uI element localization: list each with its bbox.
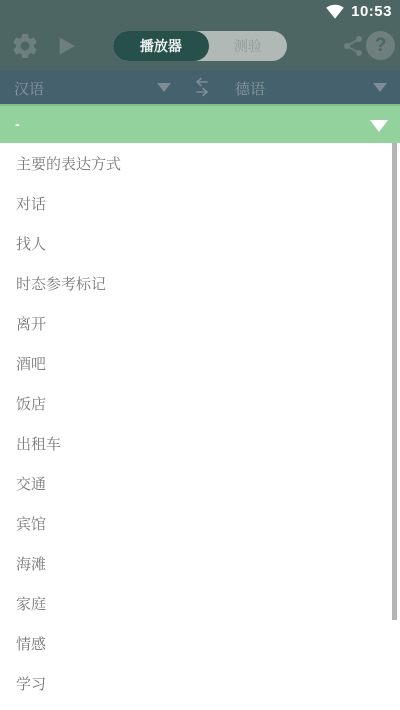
share-icon[interactable]: [341, 34, 365, 58]
list-item-label: 时态参考标记: [16, 273, 106, 294]
tab-quiz[interactable]: 测验: [209, 31, 287, 61]
language-bar: 汉语 德语: [0, 70, 400, 104]
list-item-label: 家庭: [16, 593, 46, 614]
app-screen: 10:53 播放器 测验 ? 汉语: [0, 0, 400, 710]
list-item-label: 对话: [16, 193, 46, 214]
list-item[interactable]: 情感: [0, 623, 400, 663]
category-list: 主要的表达方式 对话 找人 时态参考标记 离开 酒吧 饭店 出租车 交通 宾馆 …: [0, 143, 400, 710]
list-item[interactable]: 海滩: [0, 543, 400, 583]
category-dropdown-value: -: [15, 116, 20, 132]
list-item-label: 海滩: [16, 553, 46, 574]
list-item-label: 离开: [16, 313, 46, 334]
list-item[interactable]: 学习: [0, 663, 400, 703]
list-item-label: 找人: [16, 233, 46, 254]
swap-arrows-icon[interactable]: [193, 77, 211, 97]
chevron-down-icon: [370, 120, 388, 132]
category-dropdown[interactable]: -: [0, 104, 400, 143]
list-item[interactable]: 宾馆: [0, 503, 400, 543]
list-item-label: 主要的表达方式: [16, 153, 121, 174]
mode-toggle: 播放器 测验: [113, 31, 287, 61]
list-item[interactable]: 离开: [0, 303, 400, 343]
list-item[interactable]: 找人: [0, 223, 400, 263]
question-mark-icon: ?: [375, 35, 387, 57]
list-item[interactable]: 酒吧: [0, 343, 400, 383]
list-item-label: 交通: [16, 473, 46, 494]
toolbar: 播放器 测验 ?: [0, 22, 400, 70]
list-item-label: 宾馆: [16, 513, 46, 534]
list-item-label: 出租车: [16, 433, 61, 454]
help-button[interactable]: ?: [366, 31, 395, 60]
list-item-label: 饭店: [16, 393, 46, 414]
list-item[interactable]: 家庭: [0, 583, 400, 623]
gear-icon[interactable]: [10, 31, 40, 61]
list-item[interactable]: 时态参考标记: [0, 263, 400, 303]
list-item[interactable]: 出租车: [0, 423, 400, 463]
list-item[interactable]: 交通: [0, 463, 400, 503]
list-item-label: 学习: [16, 673, 46, 694]
chevron-down-icon[interactable]: [157, 83, 171, 92]
wifi-icon: [326, 4, 344, 19]
list-item-label: 情感: [16, 633, 46, 654]
chevron-down-icon[interactable]: [373, 83, 387, 92]
target-language-select[interactable]: 德语: [235, 78, 265, 99]
list-item[interactable]: 饭店: [0, 383, 400, 423]
list-item-label: 酒吧: [16, 353, 46, 374]
list-item[interactable]: 主要的表达方式: [0, 143, 400, 183]
tab-player[interactable]: 播放器: [113, 31, 209, 61]
play-icon[interactable]: [52, 33, 78, 59]
status-bar: 10:53: [0, 0, 400, 22]
scrollbar-thumb[interactable]: [392, 143, 397, 620]
clock-time: 10:53: [351, 3, 392, 20]
source-language-select[interactable]: 汉语: [14, 78, 44, 99]
list-item[interactable]: 对话: [0, 183, 400, 223]
